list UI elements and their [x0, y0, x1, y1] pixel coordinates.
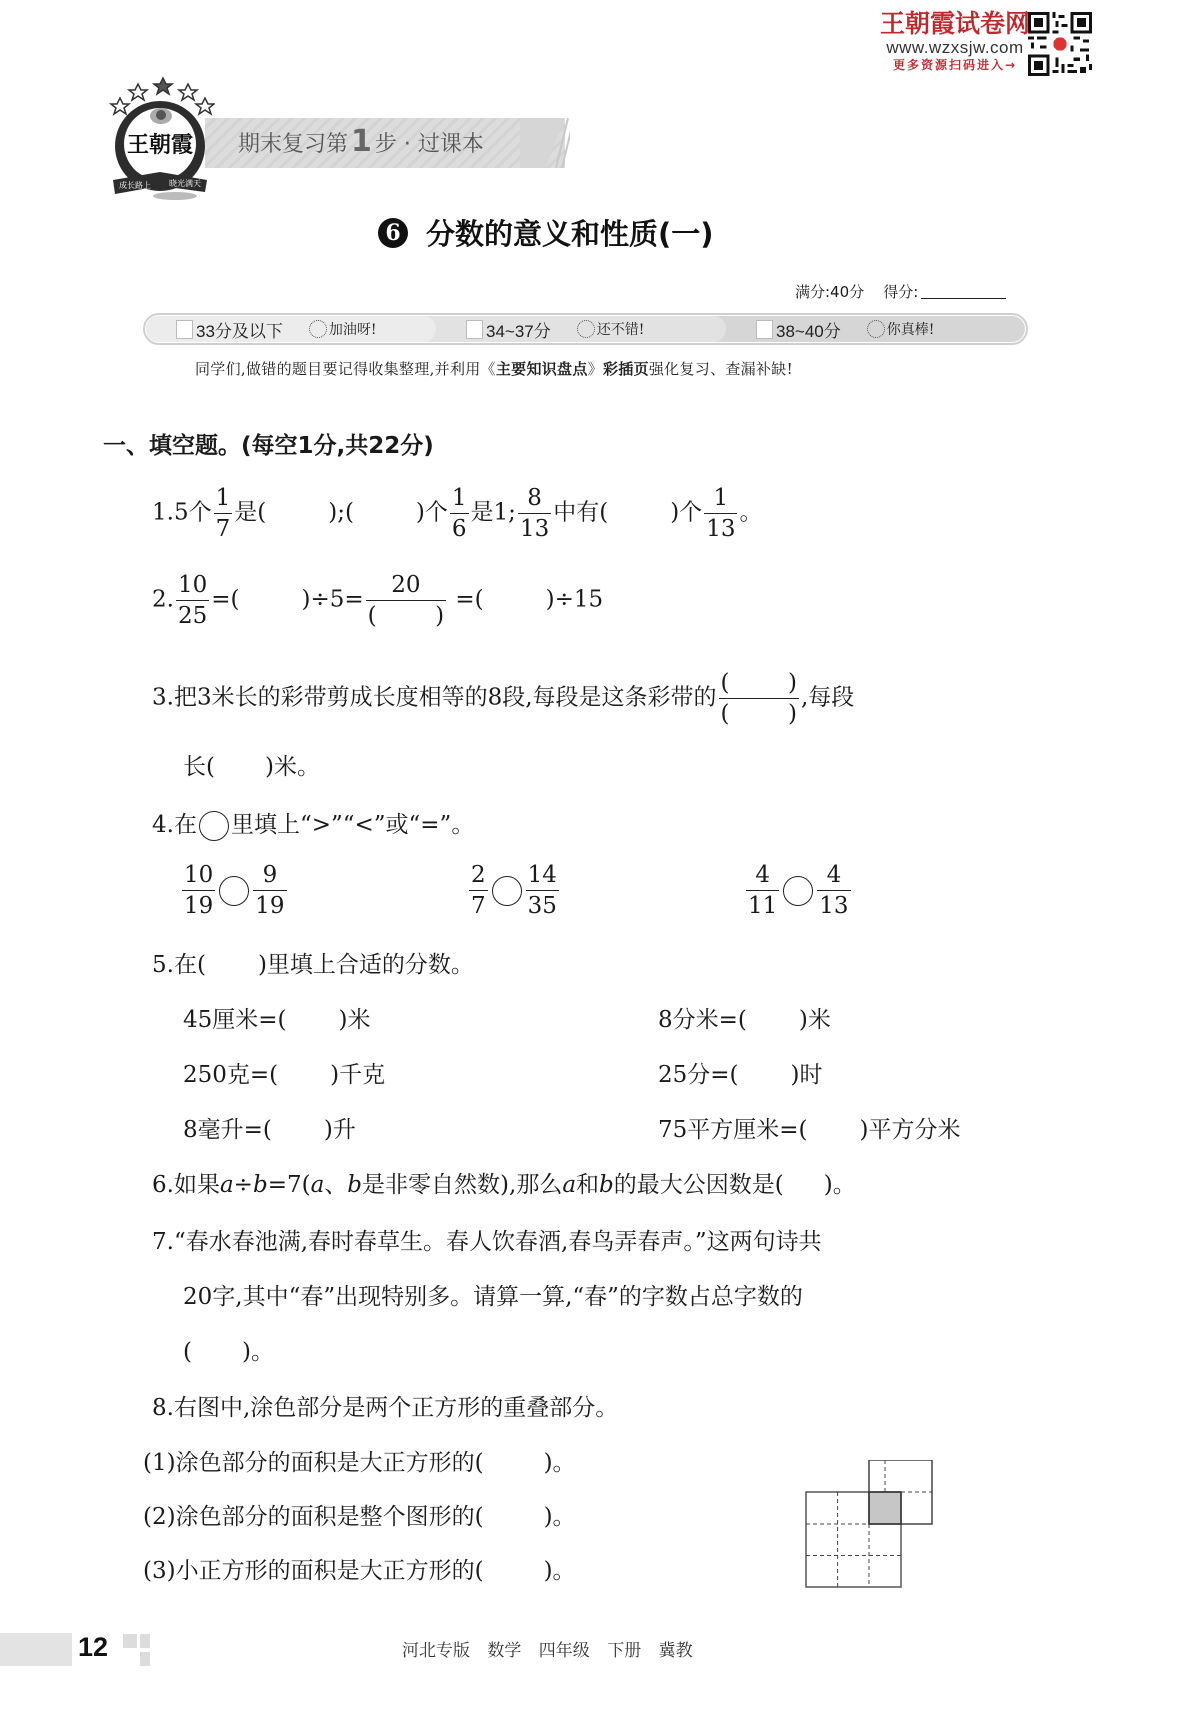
question-5: 5.在()里填上合适的分数。: [152, 950, 474, 980]
qr-code-icon[interactable]: [1028, 12, 1092, 76]
svg-text:晓光满天: 晓光满天: [169, 178, 201, 188]
question-6: 6.如果a÷b=7(a、b是非零自然数),那么a和b的最大公因数是()。: [152, 1170, 856, 1200]
question-8: 8.右图中,涂色部分是两个正方形的重叠部分。: [152, 1393, 618, 1423]
unit-conversion-3: 250克=()千克: [183, 1060, 385, 1090]
wangzhaoxia-logo: 王朝霞 成长路上 晓光满天: [105, 76, 215, 204]
brand-tagline: 更多资源扫码进入→: [855, 57, 1055, 73]
score-band-mid: 34~37分 还不错!: [416, 316, 726, 342]
compare-circle[interactable]: [492, 876, 522, 906]
question-4: 4.在里填上“>”“<”或“=”。: [152, 810, 474, 841]
score-band-low: 33分及以下 加油呀!: [146, 316, 436, 342]
score-line: 满分:40分 得分:: [795, 281, 1006, 302]
study-reminder: 同学们,做错的题目要记得收集整理,并利用《主要知识盘点》彩插页强化复习、查漏补缺…: [195, 358, 793, 379]
compare-pair-2: 271435: [467, 860, 561, 921]
banner-slash-decoration: [520, 118, 570, 168]
banner-title: 期末复习第1步 · 过课本: [238, 124, 484, 163]
smiley-face-icon: [867, 320, 885, 338]
chapter-title-text: 分数的意义和性质(一): [426, 212, 714, 253]
decor-square: [140, 1634, 150, 1648]
fraction: 16: [450, 483, 469, 544]
fraction: 1025: [176, 570, 209, 631]
fraction: 17: [214, 483, 233, 544]
brand-block: 王朝霞试卷网 www.wzxsjw.com 更多资源扫码进入→: [855, 10, 1055, 73]
svg-text:成长路上: 成长路上: [119, 180, 151, 190]
smiley-face-icon: [577, 320, 595, 338]
question-7: 7.“春水春池满,春时春草生。春人饮春酒,春鸟弄春声。”这两句诗共: [152, 1227, 822, 1257]
compare-circle[interactable]: [219, 876, 249, 906]
circle-icon: [199, 811, 229, 841]
question-3: 3.把3米长的彩带剪成长度相等的8段,每段是这条彩带的( )( ),每段: [152, 668, 854, 729]
unit-conversion-4: 25分=()时: [658, 1060, 823, 1090]
page-number-bar: [0, 1633, 72, 1666]
unit-conversion-2: 8分米=()米: [658, 1005, 831, 1035]
chapter-number-badge: 6: [378, 218, 408, 248]
section-title: 一、填空题。(每空1分,共22分): [103, 427, 434, 460]
question-7-line-2: 20字,其中“春”出现特别多。请算一算,“春”的字数占总字数的: [183, 1282, 803, 1312]
question-7-line-3: ()。: [183, 1337, 274, 1367]
score-got-label: 得分:: [883, 283, 918, 301]
question-1: 1.5个17是();()个16是1;813中有()个113。: [152, 483, 762, 544]
unit-conversion-6: 75平方厘米=()平方分米: [658, 1115, 961, 1145]
fraction-answer[interactable]: ( )( ): [719, 668, 799, 729]
unit-conversion-5: 8毫升=()升: [183, 1115, 356, 1145]
smiley-face-icon: [309, 320, 327, 338]
full-score-label: 满分:40分: [795, 283, 864, 301]
brand-url[interactable]: www.wzxsjw.com: [855, 38, 1055, 57]
question-8-sub-2: (2)涂色部分的面积是整个图形的()。: [143, 1502, 576, 1532]
score-band-high: 38~40分 你真棒!: [706, 316, 1025, 342]
arrow-right-icon: →: [1005, 58, 1017, 72]
question-3-line-2: 长()米。: [183, 752, 320, 782]
checkbox[interactable]: [176, 320, 193, 339]
svg-text:王朝霞: 王朝霞: [127, 132, 193, 158]
fraction: 20( ): [366, 570, 446, 631]
answer-blank[interactable]: ( ): [366, 601, 446, 631]
brand-name: 王朝霞试卷网: [855, 10, 1055, 38]
checkbox[interactable]: [466, 320, 483, 339]
overlapping-squares-figure: [805, 1460, 950, 1605]
fraction: 813: [518, 483, 551, 544]
question-8-sub-3: (3)小正方形的面积是大正方形的()。: [143, 1556, 576, 1586]
decor-square: [140, 1652, 150, 1666]
chapter-title: 6 分数的意义和性质(一): [378, 212, 714, 253]
score-band: 33分及以下 加油呀! 34~37分 还不错! 38~40分 你真棒!: [143, 313, 1028, 345]
compare-pair-1: 1019919: [180, 860, 289, 921]
decor-square: [123, 1634, 137, 1648]
compare-circle[interactable]: [783, 876, 813, 906]
fraction: 113: [704, 483, 737, 544]
page-number: 12: [78, 1632, 108, 1663]
footer-edition: 河北专版 数学 四年级 下册 冀教: [402, 1636, 693, 1661]
score-blank[interactable]: [921, 284, 1006, 299]
compare-pair-3: 411413: [744, 860, 853, 921]
unit-conversion-1: 45厘米=()米: [183, 1005, 371, 1035]
checkbox[interactable]: [756, 320, 773, 339]
question-8-sub-1: (1)涂色部分的面积是大正方形的()。: [143, 1448, 576, 1478]
question-2: 2.1025=()÷5=20( ) =()÷15: [152, 570, 603, 631]
